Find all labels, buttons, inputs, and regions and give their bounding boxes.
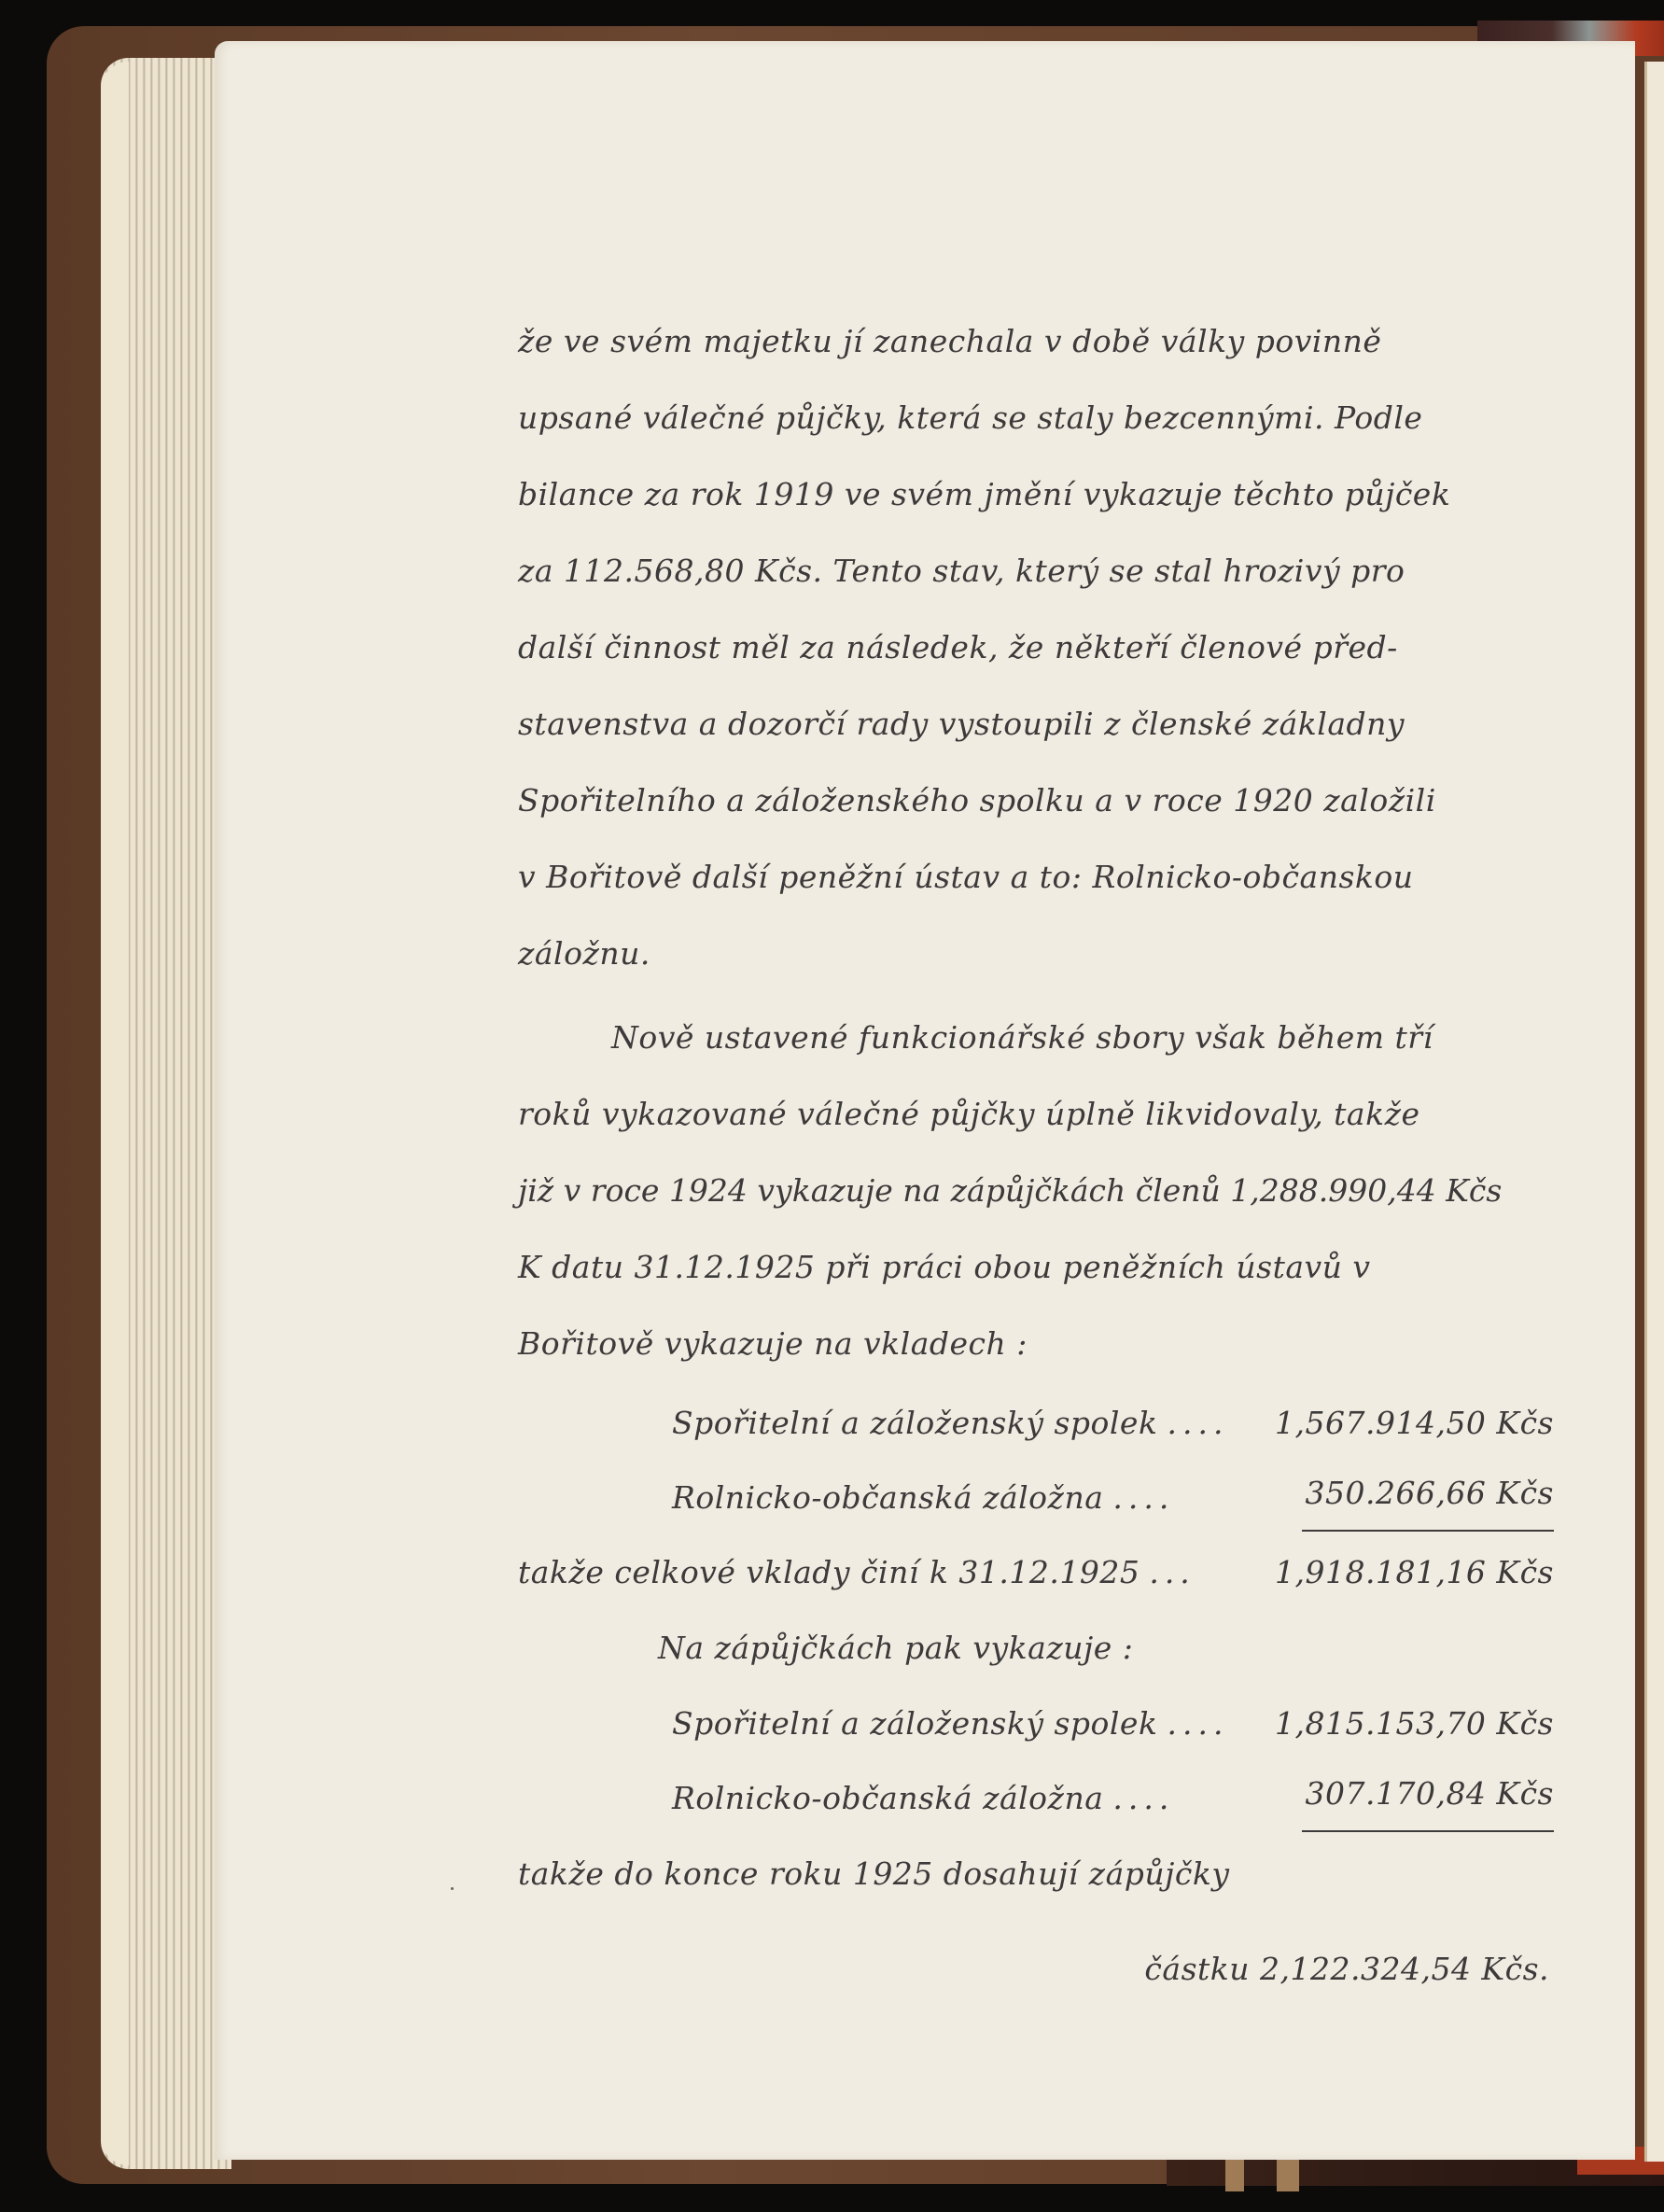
institution-name: Rolnicko-občanská záložna [672,1761,1103,1836]
handwritten-text: že ve svém majetku jí zanechala v době v… [518,303,1554,2008]
text-line: roků vykazované válečné půjčky úplně lik… [518,1076,1554,1153]
institution-name: Spořitelní a záloženský spolek [672,1386,1157,1461]
loan-amount: 1,815.153,70 Kčs [1275,1687,1554,1761]
loans-total-line: takže do konce roku 1925 dosahují zápůjč… [518,1836,1554,1912]
deposit-amount: 350.266,66 Kčs [1302,1461,1554,1532]
facing-page-edge [1644,62,1664,2162]
loan-row: Rolnicko-občanská záložna .... 307.170,8… [518,1761,1554,1836]
deposits-table: Spořitelní a záloženský spolek .... 1,56… [518,1386,1554,1610]
loan-row: Spořitelní a záloženský spolek .... 1,81… [518,1687,1554,1761]
text-line: K datu 31.12.1925 při práci obou peněžní… [518,1229,1554,1306]
text-line: bilance za rok 1919 ve svém jmění vykazu… [518,456,1554,533]
loans-total-amount: částku 2,122.324,54 Kčs. [518,1931,1554,2008]
loan-amount: 307.170,84 Kčs [1302,1761,1554,1832]
text-line: upsané válečné půjčky, která se staly be… [518,380,1554,456]
text-line: Spořitelního a záloženského spolku a v r… [518,763,1554,839]
leader-dots: .... [1157,1386,1275,1461]
deposit-amount: 1,567.914,50 Kčs [1275,1386,1554,1461]
leader-dots: ... [1140,1535,1275,1610]
text-line: za 112.568,80 Kčs. Tento stav, který se … [518,533,1554,609]
text-line: stavenstva a dozorčí rady vystoupili z č… [518,686,1554,763]
deposit-total-row: takže celkové vklady činí k 31.12.1925 .… [518,1535,1554,1610]
deposit-row: Spořitelní a záloženský spolek .... 1,56… [518,1386,1554,1461]
text-line: v Bořitově další peněžní ústav a to: Rol… [518,839,1554,916]
text-line: že ve svém majetku jí zanechala v době v… [518,303,1554,380]
paragraph-1: že ve svém majetku jí zanechala v době v… [518,303,1554,992]
deposit-row: Rolnicko-občanská záložna .... 350.266,6… [518,1461,1554,1535]
loans-table: Na zápůjčkách pak vykazuje : Spořitelní … [518,1610,1554,2008]
text-line: již v roce 1924 vykazuje na zápůjčkách č… [518,1153,1554,1229]
page-edge-outer [101,62,129,2165]
institution-name: Spořitelní a záloženský spolek [672,1687,1157,1761]
leader-dots: .... [1103,1761,1302,1836]
total-label: takže celkové vklady činí k 31.12.1925 [518,1535,1140,1610]
loans-intro: Na zápůjčkách pak vykazuje : [518,1610,1554,1687]
paragraph-2: Nově ustavené funkcionářské sbory však b… [518,1000,1554,1382]
text-line: Nově ustavené funkcionářské sbory však b… [518,1000,1554,1076]
ink-speck [451,1887,454,1890]
leader-dots: .... [1157,1687,1275,1761]
leader-dots: .... [1103,1461,1302,1535]
text-line: Bořitově vykazuje na vkladech : [518,1306,1554,1382]
text-line: další činnost měl za následek, že někteř… [518,609,1554,686]
institution-name: Rolnicko-občanská záložna [672,1461,1103,1535]
deposit-total-amount: 1,918.181,16 Kčs [1275,1535,1554,1610]
text-line: záložnu. [518,916,1554,992]
